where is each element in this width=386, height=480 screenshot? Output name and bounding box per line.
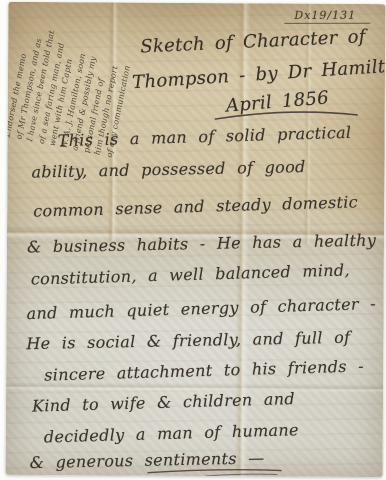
- heading-line-title: Sketch of Character of: [140, 26, 366, 57]
- letter-paper: Dx19/131 Endorsed the memo of Mr Thompso…: [6, 2, 386, 477]
- body-line: Kind to wife & children and: [32, 389, 295, 416]
- scanned-letter-background: Dx19/131 Endorsed the memo of Mr Thompso…: [0, 0, 386, 480]
- body-line: He is social & friendly, and full of: [26, 328, 350, 353]
- heading-line-author: Thompson - by Dr Hamilton: [132, 55, 386, 94]
- body-line: constitution, a well balanced mind,: [31, 260, 350, 288]
- body-line: sincere attachment to his friends -: [44, 356, 364, 384]
- body-line: common sense and steady domestic: [33, 192, 358, 220]
- archive-reference: Dx19/131: [284, 9, 370, 24]
- body-line: & generous sentiments —: [29, 448, 264, 472]
- body-line: and much quiet energy of character -: [26, 294, 376, 323]
- body-line: ability, and possessed of good: [31, 157, 306, 181]
- body-line: decidedly a man of humane: [44, 420, 299, 446]
- body-line: & business habits - He has a healthy: [27, 231, 376, 257]
- heading-line-date: April 1856: [225, 87, 330, 116]
